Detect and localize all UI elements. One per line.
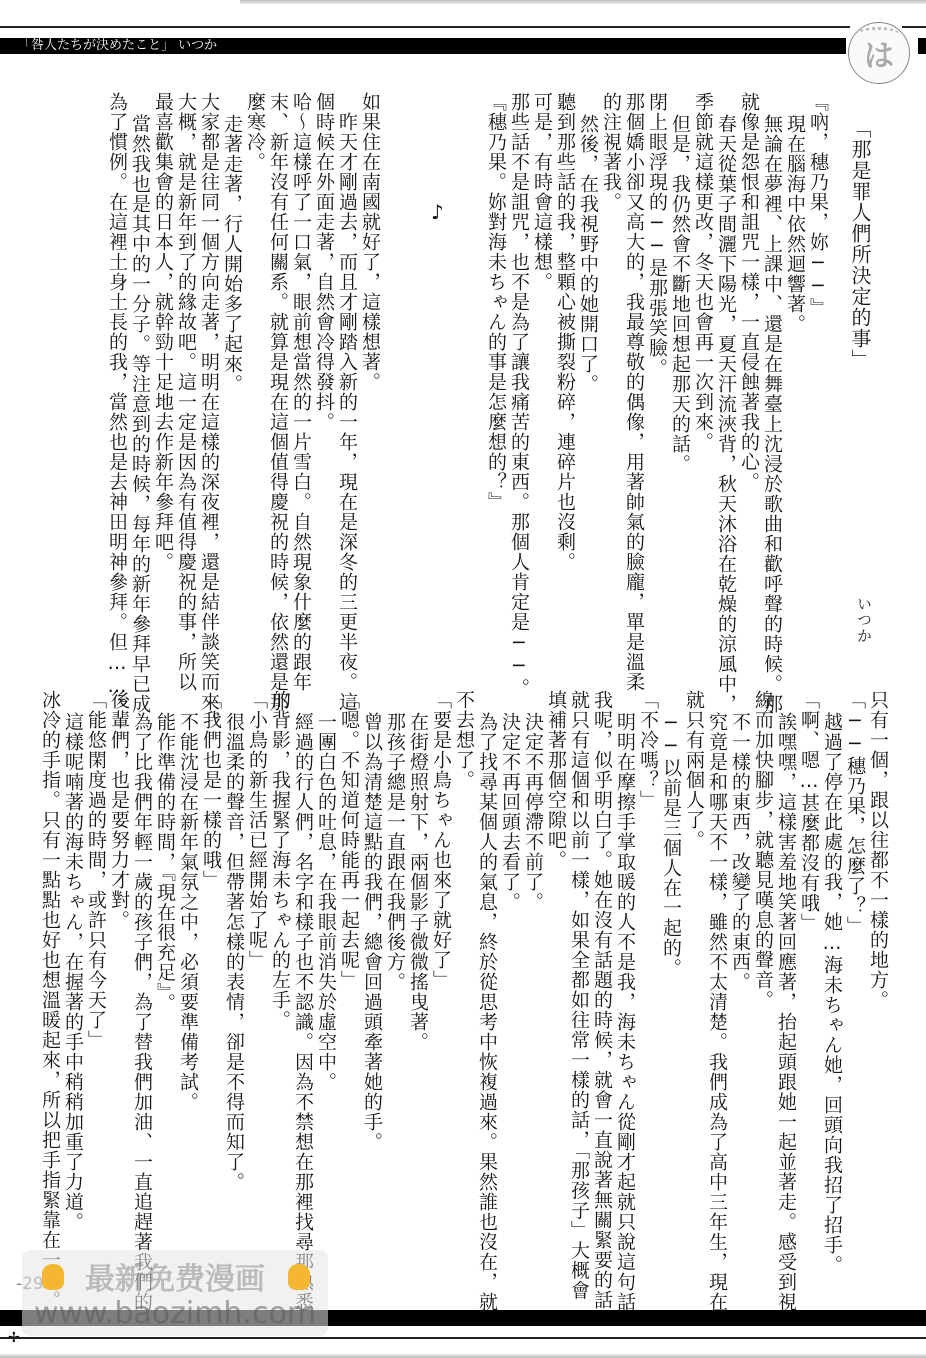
- watermark-title: 最新免费漫画: [22, 1254, 328, 1298]
- text-column: 「我們也是一樣的哦」: [199, 690, 223, 890]
- text-column: 這樣呢喃著的海未ちゃん，在握著的手中稍稍加重了力道。: [61, 712, 85, 1232]
- text-column: 在街燈照射下，兩個影子微微搖曳著。: [406, 712, 430, 1052]
- text-column: 「能悠閑度過的時間，或許只有今天了」: [84, 690, 108, 1050]
- text-column: 閉上眼浮現的──是那張笑臉。: [645, 92, 669, 378]
- text-column: 當然我也是其中的一分子。等注意到的時候，每年的新年參拜早已成: [128, 114, 152, 714]
- watermark-url[interactable]: www.baozimh.com: [22, 1296, 328, 1331]
- header-rule: [0, 26, 850, 28]
- text-column: 麼寒冷。: [243, 92, 267, 172]
- text-column: 很溫柔的聲音，但帶著怎樣的表情，卻是不得而知了。: [222, 712, 246, 1192]
- running-title: 「咎人たちが決めたこと」 いつか: [0, 38, 846, 54]
- text-column: 大家都是往同一個方向走著，明明在這樣的深夜裡，還是結伴談笑而來。: [197, 92, 221, 732]
- text-column: 無論在夢裡、上課中、還是在舞臺上沈浸於歌曲和歡呼聲的時候。那: [760, 114, 784, 714]
- text-column: 決定不再回頭去看了。: [498, 712, 522, 912]
- text-column: 最喜歡集會的日本人，就幹勁十足地去作新年參拜吧。: [151, 92, 175, 572]
- text-column: 的注視著我。: [599, 92, 623, 212]
- text-column: 如果住在南國就好了，這樣想著。: [358, 92, 382, 392]
- text-column: 就像是怨恨和詛咒一樣，一直侵蝕著我的心。: [737, 92, 761, 492]
- text-column: 走著走著，行人開始多了起來。: [220, 114, 244, 394]
- text-column: 一團白色的吐息，在我眼前消失於虛空中。: [314, 712, 338, 1092]
- text-column: 聽到那些話的我，整顆心被撕裂粉碎，連碎片也沒剩。: [553, 92, 577, 572]
- text-column: 就只有這個和以前一樣，如果全都如往常一樣的話，「那孩子」大概會: [567, 690, 591, 1301]
- text-column: 後輩們，也是要努力才對。: [107, 690, 131, 930]
- circle-logo-icon: は: [848, 22, 910, 84]
- text-column: 為了慣例。在這裡土身土長的我，當然也是去神田明神參拜。但……。: [105, 92, 129, 718]
- text-column: 究竟是和哪天不一樣，雖然不太清楚。我們成為了高中三年生，現在: [705, 712, 729, 1312]
- text-column: 個時候在外面走著，自然會冷得發抖。: [312, 92, 336, 432]
- text-column: 現在腦海中依然迴響著。: [783, 114, 807, 334]
- text-column: 末、新年沒有任何關系。就算是現在這個值得慶祝的時候，依然還是那: [266, 92, 290, 712]
- text-column: 「要是小鳥ちゃん也來了就好了」: [429, 690, 453, 990]
- text-column: ──以前是三個人在一起的。: [659, 712, 683, 978]
- text-column: 決定不再停滯不前了。: [521, 712, 545, 912]
- text-column: 那孩子總是一直跟在我們後方。: [383, 712, 407, 992]
- text-column: 越過了停在此處的我，她…海未ちゃん她，回頭向我招了招手。: [820, 712, 844, 1275]
- text-column: 為了找尋某個人的氣息，終於從思考中恢複過來。果然誰也沒在，就: [475, 712, 499, 1312]
- text-column: 「不冷嗎？」: [636, 690, 660, 810]
- text-column: 只有一個，跟以往都不一樣的地方。: [866, 690, 890, 1010]
- text-column: 不一樣的東西，改變了的東西。: [728, 712, 752, 992]
- text-column: 不能沈浸在新年氣氛之中，必須要準備考試。: [176, 712, 200, 1112]
- music-note-icon: ♪: [431, 200, 444, 224]
- footer-rule: [0, 1337, 926, 1339]
- page-edge-bottom: [0, 1354, 926, 1358]
- corner-ornament-icon: ✢: [8, 1330, 20, 1346]
- text-column: 那些話不是詛咒，也不是為了讓我痛苦的東西。那個人肯定是──。: [507, 92, 531, 698]
- text-column: 但是，我仍然會不斷地回想起那天的話。: [668, 114, 692, 474]
- text-column: 我呢，似乎明白了。她在沒有話題的時候，就會一直說著無關緊要的話。: [590, 690, 614, 1330]
- watermark-banner[interactable]: 最新免费漫画 www.baozimh.com: [22, 1250, 328, 1336]
- logo-ring: [855, 27, 901, 44]
- text-column: 「啊、嗯…甚麼都沒有哦」: [797, 690, 821, 933]
- text-column: 就只有兩個人了。: [682, 690, 706, 850]
- story-author: いつか: [852, 596, 876, 644]
- text-column: 曾以為清楚這點的我們，總會回過頭牽著她的手。: [360, 712, 384, 1152]
- text-column: 可是，有時會這樣想。: [530, 92, 554, 292]
- header-rule-right: [902, 26, 926, 28]
- text-column: 『穗乃果。妳對海未ちゃん的事是怎麼想的？』: [484, 92, 508, 512]
- text-column: 「嗯。不知道何時能再一起去呢」: [337, 690, 361, 990]
- text-column: 哈～這樣呼了一口氣，眼前想當然的一片雪白。自然現象什麼的跟年: [289, 92, 313, 692]
- text-column: 填補著那個空隙吧。: [544, 690, 568, 870]
- text-column: 大概，就是新年到了的緣故吧。這一定是因為有值得慶祝的事，所以: [174, 92, 198, 692]
- text-column: 季節就這樣更改，冬天也會再一次到來。: [691, 92, 715, 452]
- text-column: 不去想了。: [452, 690, 476, 790]
- title-bar-end: [918, 38, 926, 54]
- text-column: 然後，在我視野中的她開口了。: [576, 114, 600, 394]
- text-column: 線而加快腳步，就聽見嘆息的聲音。: [751, 690, 775, 1010]
- text-column: 『吶，穗乃果，妳──』: [806, 92, 830, 318]
- text-column: 春天從葉子間灑下陽光，夏天汗流浹背，秋天沐浴在乾燥的涼風中，: [714, 114, 738, 714]
- text-column: 明明在摩擦手掌取暖的人不是我，海未ちゃん從剛才起就只說這句話。: [613, 712, 637, 1332]
- text-column: 昨天才剛過去，而且才剛踏入新的一年，現在是深冬的三更半夜。這: [335, 92, 359, 712]
- text-column: 為了比我們年輕一歲的孩子們，為了替我們加油、一直追趕著我們的: [130, 712, 154, 1312]
- text-column: 那個嬌小卻又高大的，我最尊敬的偶像，用著帥氣的臉龐，單是溫柔: [622, 92, 646, 692]
- text-column: 的背影，我握緊了海未ちゃん的左手。: [268, 690, 292, 1030]
- text-column: 誒嘿嘿，這樣害羞地笑著回應著，抬起頭跟她一起並著走。感受到視: [774, 712, 798, 1312]
- text-column: 能作準備的時間，『現在很充足』。: [153, 712, 177, 1013]
- text-column: 經過的行人們，名字和樣子也不認識。因為不禁想在那裡找尋那熟悉: [291, 712, 315, 1312]
- text-column: 「小鳥的新生活已經開始了呢」: [245, 690, 269, 970]
- text-column: 冰冷的手指。只有一點點也好也想溫暖起來，所以把手指緊靠在一起。: [38, 690, 62, 1310]
- text-column: 「──穗乃果，怎麼了？」: [843, 690, 867, 936]
- page-edge-top: [240, 0, 926, 4]
- story-heading: 「那是罪人們所決定的事」: [848, 118, 872, 370]
